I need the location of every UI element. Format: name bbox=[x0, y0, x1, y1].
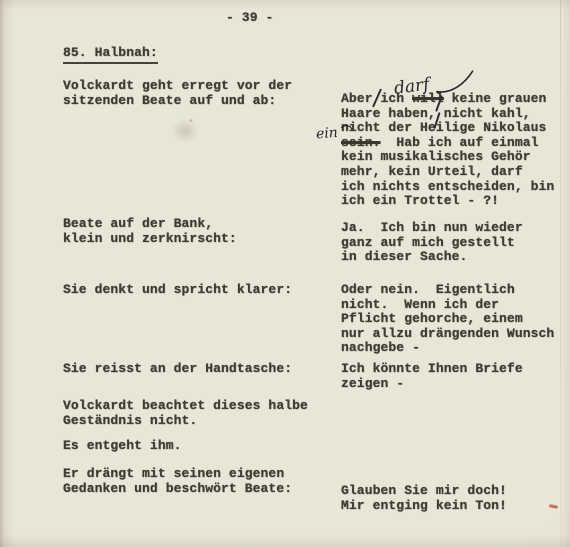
stage-direction: Beate auf der Bank, klein und zerknirsch… bbox=[63, 217, 237, 246]
dialogue-text: mehr, kein Urteil, darf bbox=[341, 164, 523, 179]
stage-direction: Sie denkt und spricht klarer: bbox=[63, 283, 292, 298]
ink-flourish bbox=[435, 71, 475, 93]
ink-smudge-dot bbox=[188, 118, 194, 123]
dialogue-text: ich nichts entscheiden, bin bbox=[341, 179, 554, 194]
dialogue-block: Ich könnte Ihnen Briefe zeigen - bbox=[341, 362, 523, 391]
dialogue-text: Hab ich auf einmal bbox=[381, 135, 539, 150]
handwriting-ein: ein bbox=[313, 120, 358, 145]
stage-direction: Volckardt beachtet dieses halbe Geständn… bbox=[63, 399, 308, 428]
page-number: - 39 - bbox=[226, 11, 273, 26]
red-mark bbox=[549, 504, 558, 509]
handwriting-text: ein bbox=[315, 125, 338, 142]
scene-heading: 85. Halbnah: bbox=[63, 46, 158, 64]
dialogue-text: kein musikalisches Gehör bbox=[341, 149, 531, 164]
dialogue-block: Aber ich will keine grauen Haare haben, … bbox=[341, 92, 554, 209]
dialogue-block: Oder nein. Eigentlich nicht. Wenn ich de… bbox=[341, 283, 554, 356]
paper-fold-line bbox=[560, 0, 561, 547]
script-page: - 39 - 85. Halbnah: Volckardt geht erreg… bbox=[0, 0, 570, 547]
stage-direction: Es entgeht ihm. bbox=[63, 439, 182, 454]
handwriting-text: darf bbox=[393, 74, 433, 98]
handwritten-annotation: ein bbox=[313, 120, 358, 145]
stage-direction: Volckardt geht erregt vor der sitzenden … bbox=[63, 79, 292, 108]
dialogue-block: Glauben Sie mir doch! Mir entging kein T… bbox=[341, 484, 507, 513]
ink-smudge bbox=[165, 114, 205, 148]
dialogue-block: Ja. Ich bin nun wieder ganz auf mich ges… bbox=[341, 221, 523, 265]
stage-direction: Er drängt mit seinen eigenen Gedanken un… bbox=[63, 467, 292, 496]
dialogue-text: ich ein Trottel - ?! bbox=[341, 193, 499, 208]
dialogue-text: nicht der Heilige Nikolaus bbox=[341, 120, 546, 135]
ink-flourish bbox=[342, 125, 352, 129]
stage-direction: Sie reisst an der Handtasche: bbox=[63, 362, 292, 377]
